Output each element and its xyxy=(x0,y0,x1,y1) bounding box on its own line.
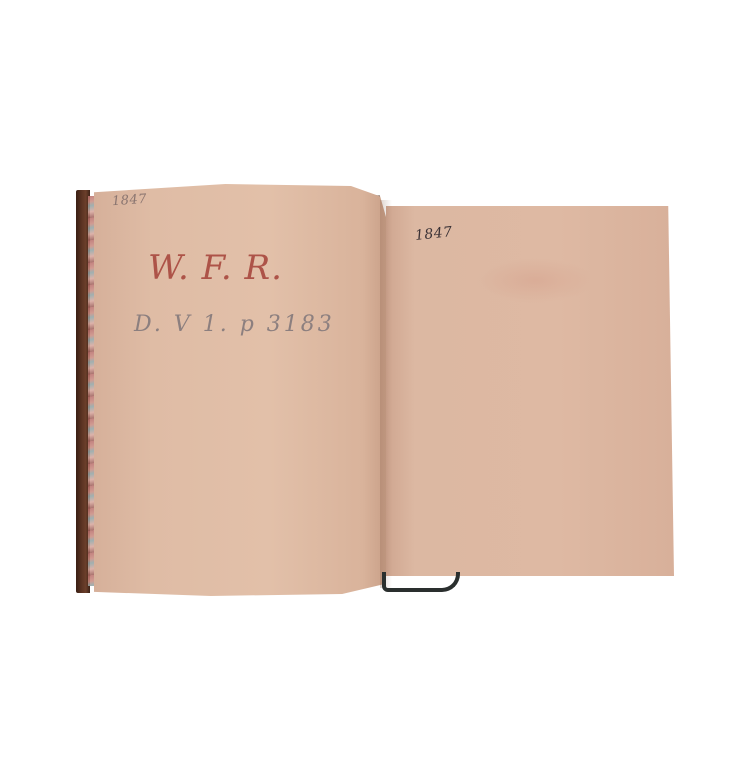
left-page xyxy=(94,184,386,596)
open-book: 1847 W. F. R. D. V 1. p 3183 1847 xyxy=(0,0,750,780)
ribbon-bookmark xyxy=(382,572,460,592)
left-page-year: 1847 xyxy=(112,192,148,209)
red-monogram: W. F. R. xyxy=(148,248,283,288)
gutter-shadow xyxy=(380,200,392,588)
page-stain xyxy=(475,258,595,303)
catalog-reference: D. V 1. p 3183 xyxy=(134,312,335,337)
